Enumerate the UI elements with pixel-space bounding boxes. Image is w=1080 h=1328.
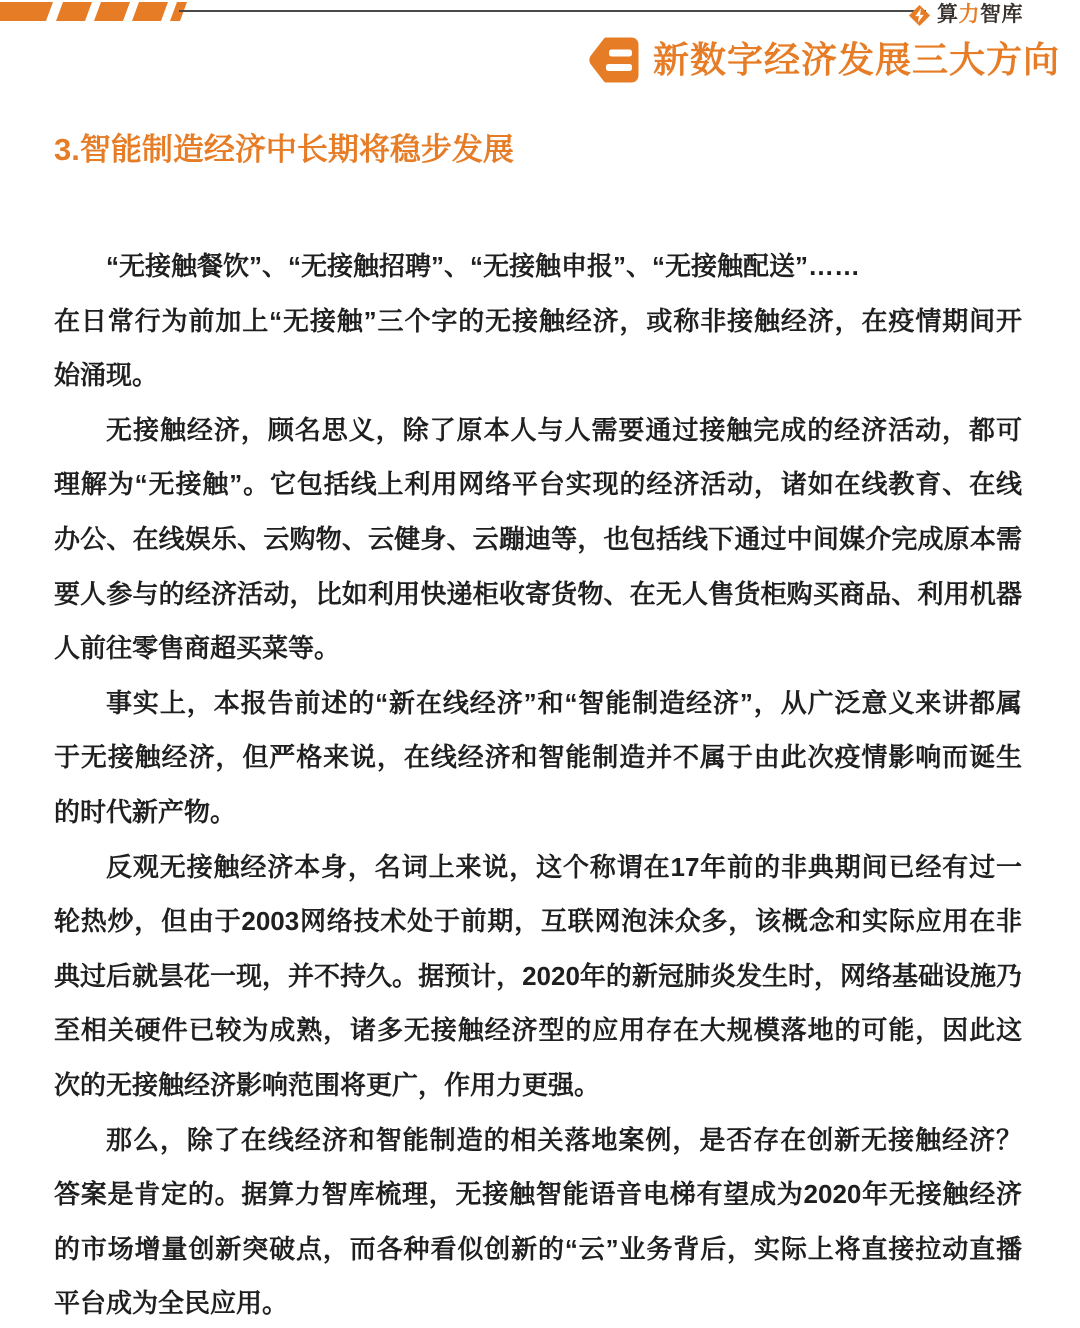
article-body: “无接触餐饮”、“无接触招聘”、“无接触申报”、“无接触配送”……在日常行为前加… bbox=[54, 239, 1022, 1328]
report-page: 算力智库 新数字经济发展三大方向 3.智能制造经济中长期将稳步发展 “无接触餐饮… bbox=[0, 0, 1080, 1328]
text-line: 人前往零售商超买菜等。 bbox=[54, 621, 1022, 676]
paragraph: 在日常行为前加上“无接触”三个字的无接触经济，或称非接触经济，在疫情期间开始涌现… bbox=[54, 294, 1022, 403]
text-line: 始涌现。 bbox=[54, 348, 1022, 403]
paragraph: 那么，除了在线经济和智能制造的相关落地案例，是否存在创新无接触经济？答案是肯定的… bbox=[54, 1113, 1022, 1328]
section-header: 新数字经济发展三大方向 bbox=[586, 34, 1060, 86]
text-line: 在日常行为前加上“无接触”三个字的无接触经济，或称非接触经济，在疫情期间开 bbox=[54, 294, 1022, 349]
paragraph: “无接触餐饮”、“无接触招聘”、“无接触申报”、“无接触配送”…… bbox=[54, 239, 1022, 294]
brand-name-part2: 力 bbox=[959, 3, 981, 26]
text-line: 于无接触经济，但严格来说，在线经济和智能制造并不属于由此次疫情影响而诞生 bbox=[54, 730, 1022, 785]
paragraph: 反观无接触经济本身，名词上来说，这个称谓在17年前的非典期间已经有过一轮热炒，但… bbox=[54, 840, 1022, 1113]
text-line: 无接触经济，顾名思义，除了原本人与人需要通过接触完成的经济活动，都可 bbox=[54, 403, 1022, 458]
text-line: 至相关硬件已较为成熟，诸多无接触经济型的应用存在大规模落地的可能，因此这 bbox=[54, 1003, 1022, 1058]
tag-number-two-icon bbox=[586, 35, 640, 85]
brand-name-part3: 智库 bbox=[980, 3, 1023, 26]
text-line: 要人参与的经济活动，比如利用快递柜收寄货物、在无人售货柜购买商品、利用机器 bbox=[54, 567, 1022, 622]
text-line: 反观无接触经济本身，名词上来说，这个称谓在17年前的非典期间已经有过一 bbox=[54, 840, 1022, 895]
text-line: 次的无接触经济影响范围将更广，作用力更强。 bbox=[54, 1058, 1022, 1113]
text-line: 事实上，本报告前述的“新在线经济”和“智能制造经济”，从广泛意义来讲都属 bbox=[54, 676, 1022, 731]
brand-name-part1: 算 bbox=[937, 3, 959, 26]
gem-lightning-icon bbox=[908, 4, 931, 27]
page-title: 3.智能制造经济中长期将稳步发展 bbox=[54, 128, 514, 172]
header-divider-line bbox=[179, 10, 926, 12]
brand-name: 算力智库 bbox=[937, 3, 1023, 27]
section-title: 新数字经济发展三大方向 bbox=[653, 34, 1060, 86]
brand-logo: 算力智库 bbox=[908, 3, 1023, 27]
text-line: 答案是肯定的。据算力智库梳理，无接触智能语音电梯有望成为2020年无接触经济 bbox=[54, 1167, 1022, 1222]
diagonal-stripes-icon bbox=[0, 2, 190, 22]
text-line: “无接触餐饮”、“无接触招聘”、“无接触申报”、“无接触配送”…… bbox=[54, 239, 1022, 294]
paragraph: 事实上，本报告前述的“新在线经济”和“智能制造经济”，从广泛意义来讲都属于无接触… bbox=[54, 676, 1022, 840]
text-line: 办公、在线娱乐、云购物、云健身、云蹦迪等，也包括线下通过中间媒介完成原本需 bbox=[54, 512, 1022, 567]
text-line: 理解为“无接触”。它包括线上利用网络平台实现的经济活动，诸如在线教育、在线 bbox=[54, 457, 1022, 512]
text-line: 轮热炒，但由于2003网络技术处于前期，互联网泡沫众多，该概念和实际应用在非 bbox=[54, 894, 1022, 949]
paragraph: 无接触经济，顾名思义，除了原本人与人需要通过接触完成的经济活动，都可理解为“无接… bbox=[54, 403, 1022, 676]
text-line: 那么，除了在线经济和智能制造的相关落地案例，是否存在创新无接触经济？ bbox=[54, 1113, 1022, 1168]
text-line: 典过后就昙花一现，并不持久。据预计，2020年的新冠肺炎发生时，网络基础设施乃 bbox=[54, 949, 1022, 1004]
text-line: 的市场增量创新突破点，而各种看似创新的“云”业务背后，实际上将直接拉动直播 bbox=[54, 1222, 1022, 1277]
text-line: 平台成为全民应用。 bbox=[54, 1276, 1022, 1328]
text-line: 的时代新产物。 bbox=[54, 785, 1022, 840]
